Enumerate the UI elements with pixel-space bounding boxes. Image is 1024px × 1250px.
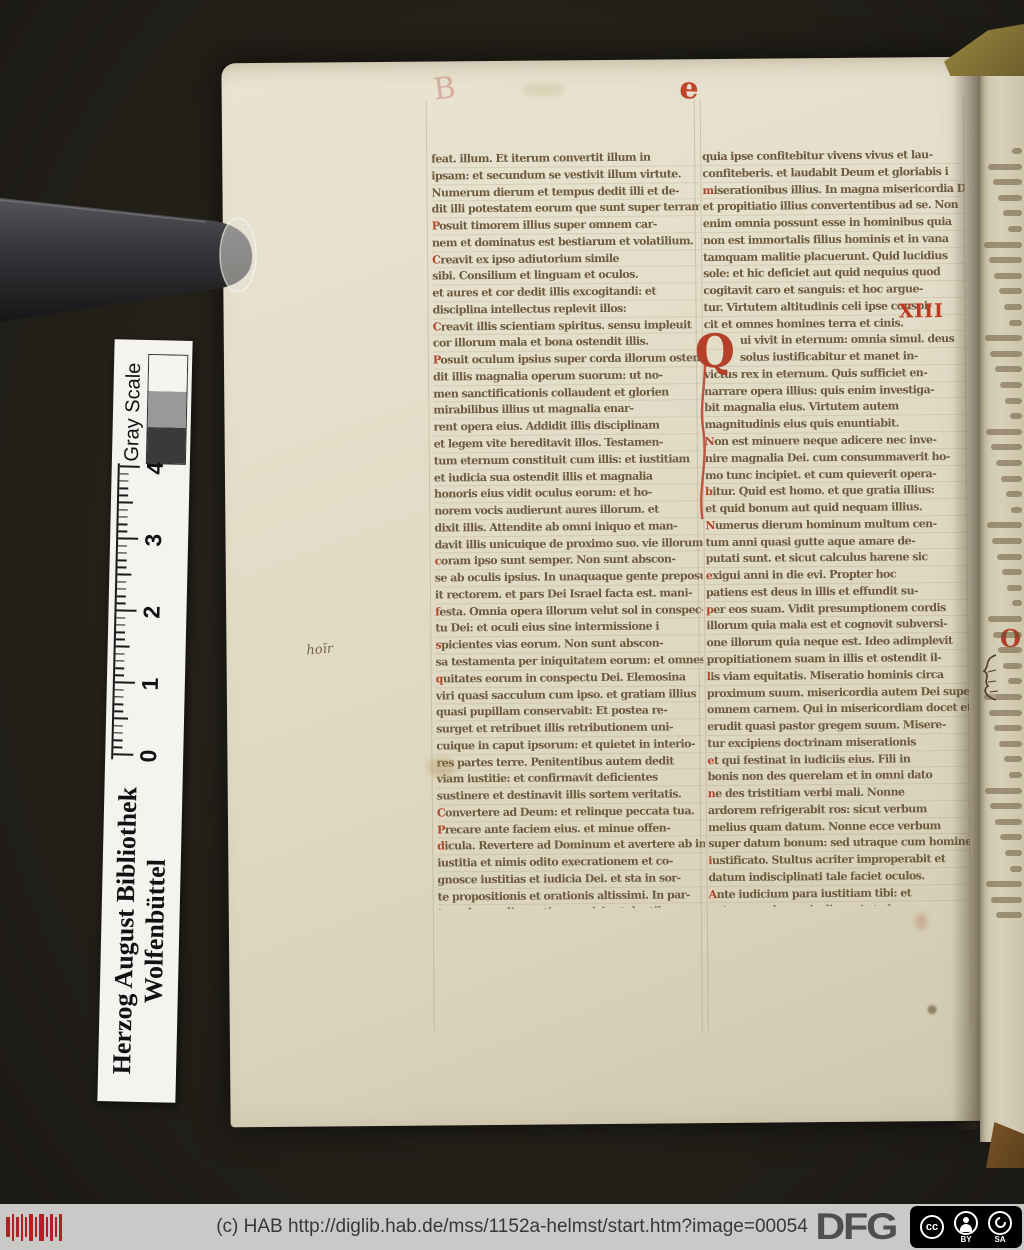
ruler-tick xyxy=(117,567,126,569)
edge-text-line xyxy=(1009,772,1022,778)
ruler-tick xyxy=(114,718,128,720)
gray-scale-patch xyxy=(147,391,186,428)
edge-text-line xyxy=(995,366,1022,372)
edge-text-line xyxy=(989,710,1022,716)
edge-text-line xyxy=(1010,866,1022,872)
edge-text-line xyxy=(1012,600,1022,606)
by-label: BY xyxy=(960,1236,971,1244)
ruler-tick xyxy=(119,487,128,489)
ruler-tick xyxy=(120,466,140,468)
ruler-tick xyxy=(119,480,128,482)
edge-text-line xyxy=(996,912,1022,918)
edge-text-line xyxy=(999,288,1022,294)
edge-text-line xyxy=(997,554,1022,560)
reference-card-content: Herzog August Bibliothek Wolfenbüttel 01… xyxy=(97,339,192,1103)
cc-circle: cc xyxy=(920,1215,944,1239)
gray-scale-block: Gray Scale xyxy=(116,345,188,465)
ruler-number: 4 xyxy=(142,458,169,479)
edge-text-line xyxy=(1001,476,1022,482)
edge-text-line xyxy=(993,179,1022,185)
ruler-tick xyxy=(116,617,125,619)
edge-text-line xyxy=(991,897,1022,903)
edge-text-line xyxy=(1005,850,1022,856)
heading-letter: e xyxy=(679,71,700,107)
ruler-tick xyxy=(114,703,123,705)
ruler-tick xyxy=(117,595,126,597)
ruler-tick xyxy=(117,581,126,583)
edge-text-line xyxy=(996,460,1022,466)
ruler-tick xyxy=(118,531,127,533)
footer-bar: (c) HAB http://diglib.hab.de/mss/1152a-h… xyxy=(0,1204,1024,1250)
manuscript-page: B e feat. illum. Et iterum convertit ill… xyxy=(221,57,992,1128)
ruler-tick xyxy=(114,711,123,713)
edge-text-line xyxy=(995,819,1022,825)
edge-text-line xyxy=(1006,491,1022,497)
ruler-tick xyxy=(113,747,122,749)
ruler-tick xyxy=(115,682,135,684)
ruler-number: 1 xyxy=(137,674,164,695)
edge-text-line xyxy=(986,881,1022,887)
dfg-logo: DFG xyxy=(815,1206,896,1248)
edge-text-line xyxy=(1005,398,1022,404)
by-icon: BY xyxy=(954,1211,978,1244)
edge-text-line xyxy=(1004,756,1022,762)
parchment-stain xyxy=(427,757,455,777)
edge-text-line xyxy=(987,522,1022,528)
gray-scale-patch xyxy=(148,355,187,392)
edge-text-line xyxy=(988,616,1022,622)
edge-text-line xyxy=(994,725,1022,731)
pen-trial-face-doodle xyxy=(976,652,1006,704)
ruler-tick xyxy=(113,754,133,756)
edge-text-line xyxy=(1009,320,1022,326)
parchment-stain xyxy=(522,82,566,96)
ruler-tick xyxy=(117,603,126,605)
reference-card: Herzog August Bibliothek Wolfenbüttel 01… xyxy=(97,339,192,1103)
edge-text-line xyxy=(993,632,1022,638)
edge-text-line xyxy=(1000,382,1022,388)
book-edge-top xyxy=(944,24,1024,76)
ruler-scale: 01234 xyxy=(105,463,190,761)
ruler-tick xyxy=(114,739,123,741)
edge-text-line xyxy=(990,803,1022,809)
share-alike-arrow-icon xyxy=(988,1211,1012,1235)
edge-text-line xyxy=(998,195,1022,201)
gray-scale-label: Gray Scale xyxy=(120,345,146,461)
edge-text-line xyxy=(1003,210,1022,216)
next-page-edge: O xyxy=(980,52,1024,1142)
edge-text-line xyxy=(985,788,1022,794)
person-icon xyxy=(954,1211,978,1235)
edge-text-line xyxy=(986,429,1022,435)
institution-name: Herzog August Bibliothek Wolfenbüttel xyxy=(106,759,174,1102)
ruler-tick xyxy=(115,689,124,691)
edge-text-line xyxy=(989,257,1022,263)
edge-text-line xyxy=(1010,413,1022,419)
right-text-column: quia ipse confitebitur vivens vivus et l… xyxy=(702,147,971,907)
edge-text-line xyxy=(1008,226,1022,232)
ruler-tick xyxy=(116,646,130,648)
red-flourish xyxy=(694,347,712,522)
parchment-stain xyxy=(928,1005,937,1014)
ruler-tick xyxy=(119,516,128,518)
ruler-tick xyxy=(117,588,126,590)
edge-text-line xyxy=(1007,585,1022,591)
edge-text-line xyxy=(984,242,1022,248)
ruler-tick xyxy=(115,675,124,677)
ruler-number: 2 xyxy=(138,602,165,623)
ruler-tick xyxy=(119,509,128,511)
edge-text-line xyxy=(1004,304,1022,310)
ruler-tick xyxy=(115,660,124,662)
edge-text-line xyxy=(990,351,1022,357)
left-text-column: feat. illum. Et iterum convertit illum i… xyxy=(431,149,706,909)
parchment-stain xyxy=(915,913,927,929)
edge-text-line xyxy=(991,444,1022,450)
ruler-tick xyxy=(119,502,133,504)
ruler-tick xyxy=(120,473,129,475)
ruler-tick xyxy=(116,624,125,626)
edge-text-line xyxy=(988,164,1022,170)
ruler-tick xyxy=(114,732,123,734)
chapter-number: XIII xyxy=(898,300,944,322)
ruler-number: 0 xyxy=(135,746,162,767)
ruler-tick xyxy=(118,545,127,547)
edge-text-line xyxy=(1008,678,1022,684)
sa-icon: SA xyxy=(988,1211,1012,1244)
ruler-tick xyxy=(116,610,136,612)
edge-text-line xyxy=(999,741,1022,747)
ruler-number: 3 xyxy=(140,530,167,551)
gray-scale-patches xyxy=(145,354,187,465)
ruler-tick xyxy=(115,696,124,698)
page-holder-clip xyxy=(0,188,262,330)
edge-text-line xyxy=(994,273,1022,279)
ruler-tick xyxy=(114,725,123,727)
edge-text-line xyxy=(1000,834,1022,840)
edge-text-line xyxy=(1012,148,1022,154)
ruler-tick xyxy=(118,559,127,561)
photo-background: B e feat. illum. Et iterum convertit ill… xyxy=(0,0,1024,1250)
cc-icon: cc xyxy=(920,1215,944,1239)
ruler-tick xyxy=(116,639,125,641)
ruler-tick xyxy=(118,523,127,525)
ruler-tick xyxy=(115,667,124,669)
cc-license-badge: cc BY SA xyxy=(910,1206,1022,1248)
edge-text-line xyxy=(992,538,1022,544)
ruler-tick xyxy=(117,574,131,576)
ruler-tick xyxy=(118,538,138,540)
sa-label: SA xyxy=(994,1236,1005,1244)
margin-note: hoīr xyxy=(306,641,334,658)
edge-text-line xyxy=(985,335,1022,341)
quire-mark: B xyxy=(432,70,458,107)
edge-text-line xyxy=(1011,507,1022,513)
edge-text-line xyxy=(1002,569,1022,575)
ruler-tick xyxy=(119,495,128,497)
ruler-tick xyxy=(118,552,127,554)
ruler-tick xyxy=(116,631,125,633)
ruler-tick xyxy=(116,653,125,655)
